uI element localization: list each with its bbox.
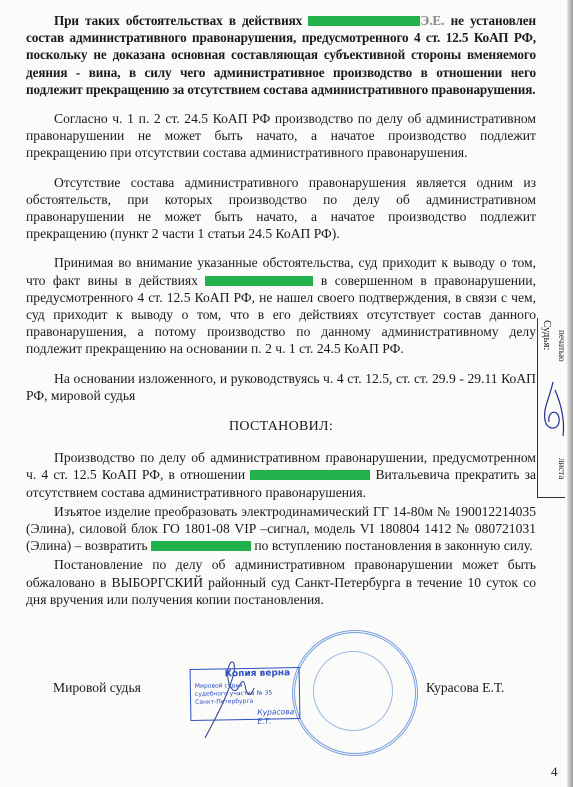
margin-line	[537, 497, 565, 498]
document-body: При таких обстоятельствах в действиях Э.…	[26, 12, 536, 610]
margin-seal-label: печатью	[557, 330, 567, 362]
resolution-terminate: Производство по делу об административном…	[26, 449, 536, 501]
page-number: 4	[551, 764, 558, 780]
paragraph-absence-of-offense: Отсутствие состава административного пра…	[26, 174, 536, 243]
judge-label: Мировой судья	[53, 680, 141, 696]
judge-name: Курасова Е.Т.	[426, 680, 504, 696]
page-edge	[567, 0, 573, 787]
redaction-block	[205, 276, 313, 286]
resolution-heading: ПОСТАНОВИЛ:	[26, 418, 536, 435]
resolution-return-item: Изъятое изделие преобразовать электродин…	[26, 503, 536, 555]
official-round-seal: МИРОВОЙ СУДЬЯ САНКТ-ПЕТЕРБУРГА СУДЕБНЫЙ …	[292, 630, 418, 756]
redaction-block	[151, 541, 251, 551]
resolution-appeal: Постановление по делу об административно…	[26, 556, 536, 608]
margin-signature-icon	[539, 380, 567, 440]
paragraph-basis: На основании изложенного, и руководствуя…	[26, 370, 536, 404]
seal-emblem	[313, 651, 393, 731]
handwritten-signature-icon	[200, 650, 280, 740]
paragraph-text: по вступлению постановления в законную с…	[254, 538, 532, 553]
paragraph-article-24-5: Согласно ч. 1 п. 2 ст. 24.5 КоАП РФ прои…	[26, 110, 536, 162]
paragraph-text: Постановление по делу об административно…	[26, 557, 536, 606]
paragraph-text: На основании изложенного, и руководствуя…	[26, 371, 536, 403]
redacted-initials: Э.Е.	[420, 13, 444, 28]
margin-sheets-label: листа	[557, 458, 567, 479]
margin-binding-note: Судья: печатью листа	[537, 300, 567, 500]
margin-line	[537, 318, 538, 498]
margin-judge-label: Судья:	[541, 320, 553, 351]
redaction-block	[308, 16, 420, 26]
paragraph-text: При таких обстоятельствах в действиях	[54, 13, 302, 28]
paragraph-court-conclusion: Принимая во внимание указанные обстоятел…	[26, 254, 536, 357]
paragraph-text: Отсутствие состава административного пра…	[26, 175, 536, 242]
paragraph-text: Согласно ч. 1 п. 2 ст. 24.5 КоАП РФ прои…	[26, 111, 536, 160]
paragraph-circumstances: При таких обстоятельствах в действиях Э.…	[26, 12, 536, 98]
redaction-block	[250, 470, 370, 480]
